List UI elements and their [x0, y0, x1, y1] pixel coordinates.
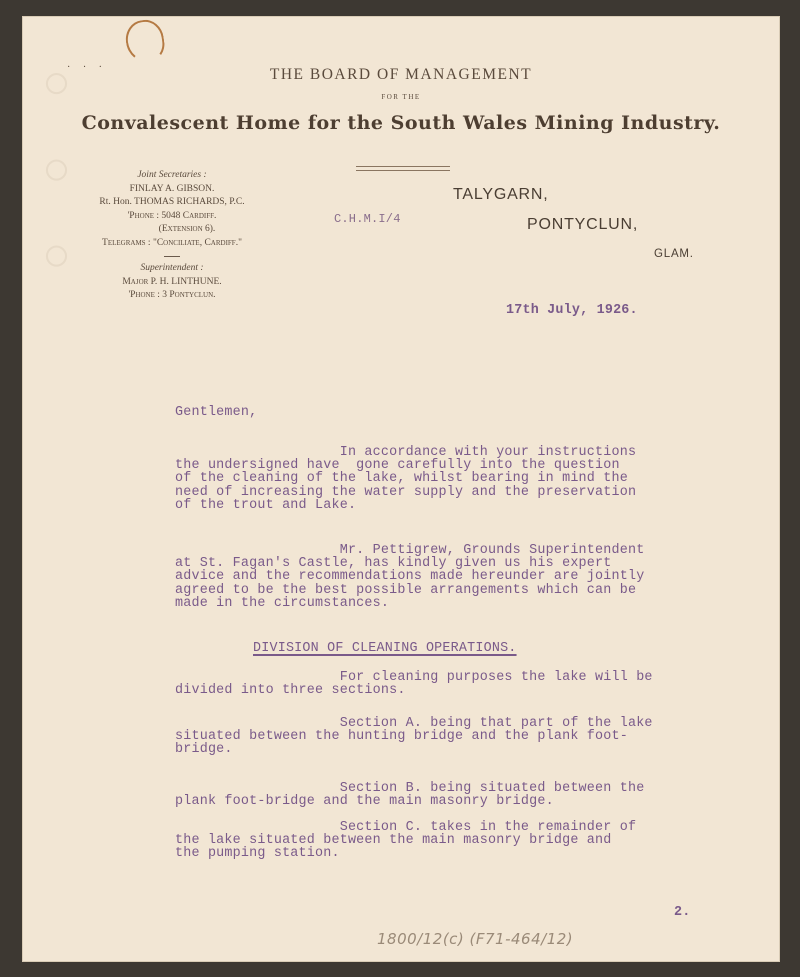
- section-heading: DIVISION OF CLEANING OPERATIONS.: [253, 642, 517, 655]
- paragraph-section-c: Section C. takes in the remainder of the…: [175, 821, 636, 861]
- paragraph-section-a: Section A. being that part of the lake s…: [175, 717, 653, 757]
- institution-name: Convalescent Home for the South Wales Mi…: [22, 112, 780, 134]
- address-line-3: GLAM.: [654, 248, 694, 260]
- letterhead-divider: [356, 166, 450, 171]
- paperclip-stain: [123, 18, 166, 65]
- salutation: Gentlemen,: [175, 406, 257, 419]
- reference-number: C.H.M.I/4: [334, 213, 401, 226]
- phone-pontyclun: 'Phone : 3 Pontyclun.: [72, 289, 272, 303]
- letter-page: ○ ○ ○ · · · THE BOARD OF MANAGEMENT FOR …: [22, 16, 780, 962]
- address-line-2: PONTYCLUN,: [527, 216, 638, 234]
- letter-date: 17th July, 1926.: [506, 304, 638, 317]
- for-the-label: FOR THE: [22, 93, 780, 101]
- telegrams-address: Telegrams : "Conciliate, Cardiff.": [72, 237, 272, 251]
- page-number: 2.: [674, 906, 690, 919]
- address-line-1: TALYGARN,: [453, 186, 549, 204]
- phone-extension: (Extension 6).: [72, 223, 272, 237]
- secretary-1: FINLAY A. GIBSON.: [72, 183, 272, 197]
- paragraph-division: For cleaning purposes the lake will be d…: [175, 671, 653, 697]
- block-divider: [164, 256, 180, 257]
- secretaries-block: Joint Secretaries : FINLAY A. GIBSON. Rt…: [72, 169, 272, 303]
- paragraph-instructions: In accordance with your instructions the…: [175, 446, 636, 512]
- phone-cardiff: 'Phone : 5048 Cardiff.: [72, 210, 272, 224]
- joint-secretaries-label: Joint Secretaries :: [72, 169, 272, 183]
- superintendent-name: Major P. H. LINTHUNE.: [72, 276, 272, 290]
- archive-annotation: 1800/12(c) (F71-464/12): [377, 930, 573, 948]
- board-title: THE BOARD OF MANAGEMENT: [22, 66, 780, 84]
- superintendent-label: Superintendent :: [72, 262, 272, 276]
- secretary-2: Rt. Hon. THOMAS RICHARDS, P.C.: [72, 196, 272, 210]
- paragraph-section-b: Section B. being situated between the pl…: [175, 782, 644, 808]
- paragraph-pettigrew: Mr. Pettigrew, Grounds Superintendent at…: [175, 544, 644, 610]
